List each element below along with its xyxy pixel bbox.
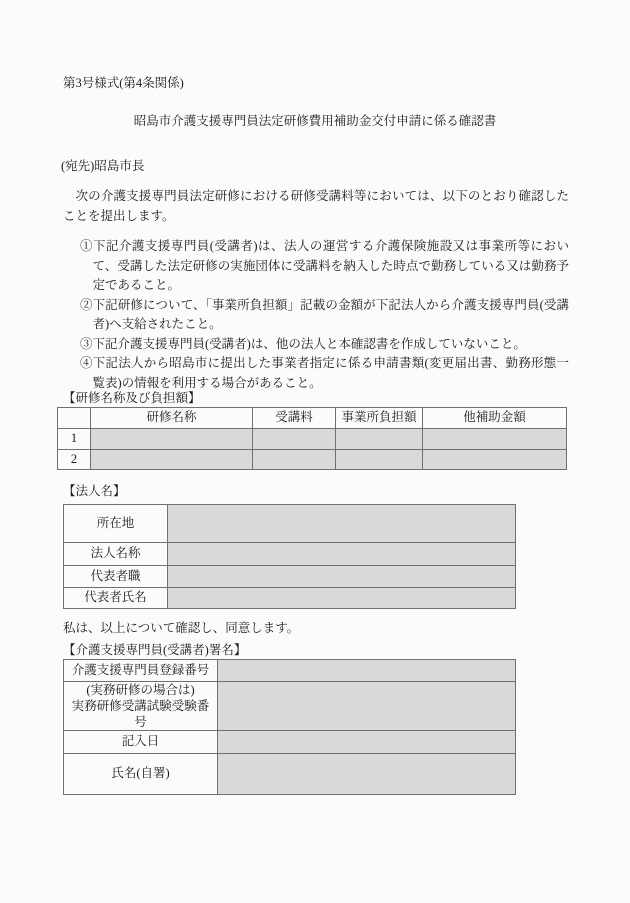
- condition-item-1: ①下記介護支援専門員(受講者)は、法人の運営する介護保険施設又は事業所等において…: [80, 237, 569, 296]
- field-representative-title[interactable]: [168, 566, 516, 588]
- row-label-entry-date: 記入日: [64, 731, 218, 754]
- consent-statement: 私は、以上について確認し、同意します。: [63, 619, 299, 639]
- intro-paragraph: 次の介護支援専門員法定研修における研修受講料等においては、以下のとおり確認したこ…: [63, 187, 569, 226]
- training-table: 研修名称 受講料 事業所負担額 他補助金額 1 2: [57, 407, 567, 470]
- document-title: 昭島市介護支援専門員法定研修費用補助金交付申請に係る確認書: [0, 112, 630, 132]
- field-training-name-2[interactable]: [91, 449, 253, 470]
- table-row: 代表者氏名: [64, 588, 516, 609]
- section-label-signature: 【介護支援専門員(受講者)署名】: [63, 641, 246, 661]
- section-label-training: 【研修名称及び負担額】: [63, 389, 201, 409]
- condition-item-3: ③下記介護支援専門員(受講者)は、他の法人と本確認書を作成していないこと。: [80, 335, 569, 355]
- row-label-representative-title: 代表者職: [64, 566, 168, 588]
- row-label-corporation-name: 法人名称: [64, 543, 168, 566]
- corporation-table: 所在地 法人名称 代表者職 代表者氏名: [63, 504, 516, 609]
- table-row: 代表者職: [64, 566, 516, 588]
- document-page: 第3号様式(第4条関係) 昭島市介護支援専門員法定研修費用補助金交付申請に係る確…: [0, 0, 630, 903]
- row-label-exam-number-line2: 実務研修受講試験受験番号: [68, 698, 213, 730]
- condition-item-2: ②下記研修について、「事業所負担額」記載の金額が下記法人から介護支援専門員(受講…: [80, 296, 569, 335]
- table-row: 法人名称: [64, 543, 516, 566]
- table-row: 1: [58, 429, 567, 450]
- condition-item-4: ④下記法人から昭島市に提出した事業者指定に係る申請書類(変更届出書、勤務形態一覧…: [80, 354, 569, 393]
- training-table-header-row: 研修名称 受講料 事業所負担額 他補助金額: [58, 408, 567, 429]
- section-label-corporation: 【法人名】: [63, 482, 126, 502]
- field-employer-burden-2[interactable]: [336, 449, 423, 470]
- field-exam-number[interactable]: [218, 682, 516, 731]
- field-address[interactable]: [168, 505, 516, 543]
- field-representative-name[interactable]: [168, 588, 516, 609]
- field-tuition-fee-1[interactable]: [253, 429, 336, 450]
- row-label-exam-number-line1: (実務研修の場合は): [68, 682, 213, 698]
- row-label-exam-number: (実務研修の場合は) 実務研修受講試験受験番号: [64, 682, 218, 731]
- row-label-registration-number: 介護支援専門員登録番号: [64, 660, 218, 682]
- row-number: 1: [58, 429, 91, 450]
- field-corporation-name[interactable]: [168, 543, 516, 566]
- row-label-address: 所在地: [64, 505, 168, 543]
- conditions-list: ①下記介護支援専門員(受講者)は、法人の運営する介護保険施設又は事業所等において…: [80, 237, 569, 393]
- field-entry-date[interactable]: [218, 731, 516, 754]
- row-label-signature: 氏名(自署): [64, 754, 218, 795]
- field-tuition-fee-2[interactable]: [253, 449, 336, 470]
- table-row: 氏名(自署): [64, 754, 516, 795]
- field-other-subsidy-1[interactable]: [423, 429, 567, 450]
- field-employer-burden-1[interactable]: [336, 429, 423, 450]
- column-header-training-name: 研修名称: [91, 408, 253, 429]
- form-number: 第3号様式(第4条関係): [63, 74, 184, 94]
- table-row: 2: [58, 449, 567, 470]
- field-training-name-1[interactable]: [91, 429, 253, 450]
- table-row: (実務研修の場合は) 実務研修受講試験受験番号: [64, 682, 516, 731]
- field-registration-number[interactable]: [218, 660, 516, 682]
- signature-table: 介護支援専門員登録番号 (実務研修の場合は) 実務研修受講試験受験番号 記入日 …: [63, 659, 516, 795]
- column-header-tuition-fee: 受講料: [253, 408, 336, 429]
- table-row: 所在地: [64, 505, 516, 543]
- row-label-representative-name: 代表者氏名: [64, 588, 168, 609]
- table-row: 介護支援専門員登録番号: [64, 660, 516, 682]
- column-header-employer-burden: 事業所負担額: [336, 408, 423, 429]
- row-number: 2: [58, 449, 91, 470]
- field-other-subsidy-2[interactable]: [423, 449, 567, 470]
- table-row: 記入日: [64, 731, 516, 754]
- field-signature[interactable]: [218, 754, 516, 795]
- corner-cell: [58, 408, 91, 429]
- column-header-other-subsidy: 他補助金額: [423, 408, 567, 429]
- addressee: (宛先)昭島市長: [61, 157, 144, 177]
